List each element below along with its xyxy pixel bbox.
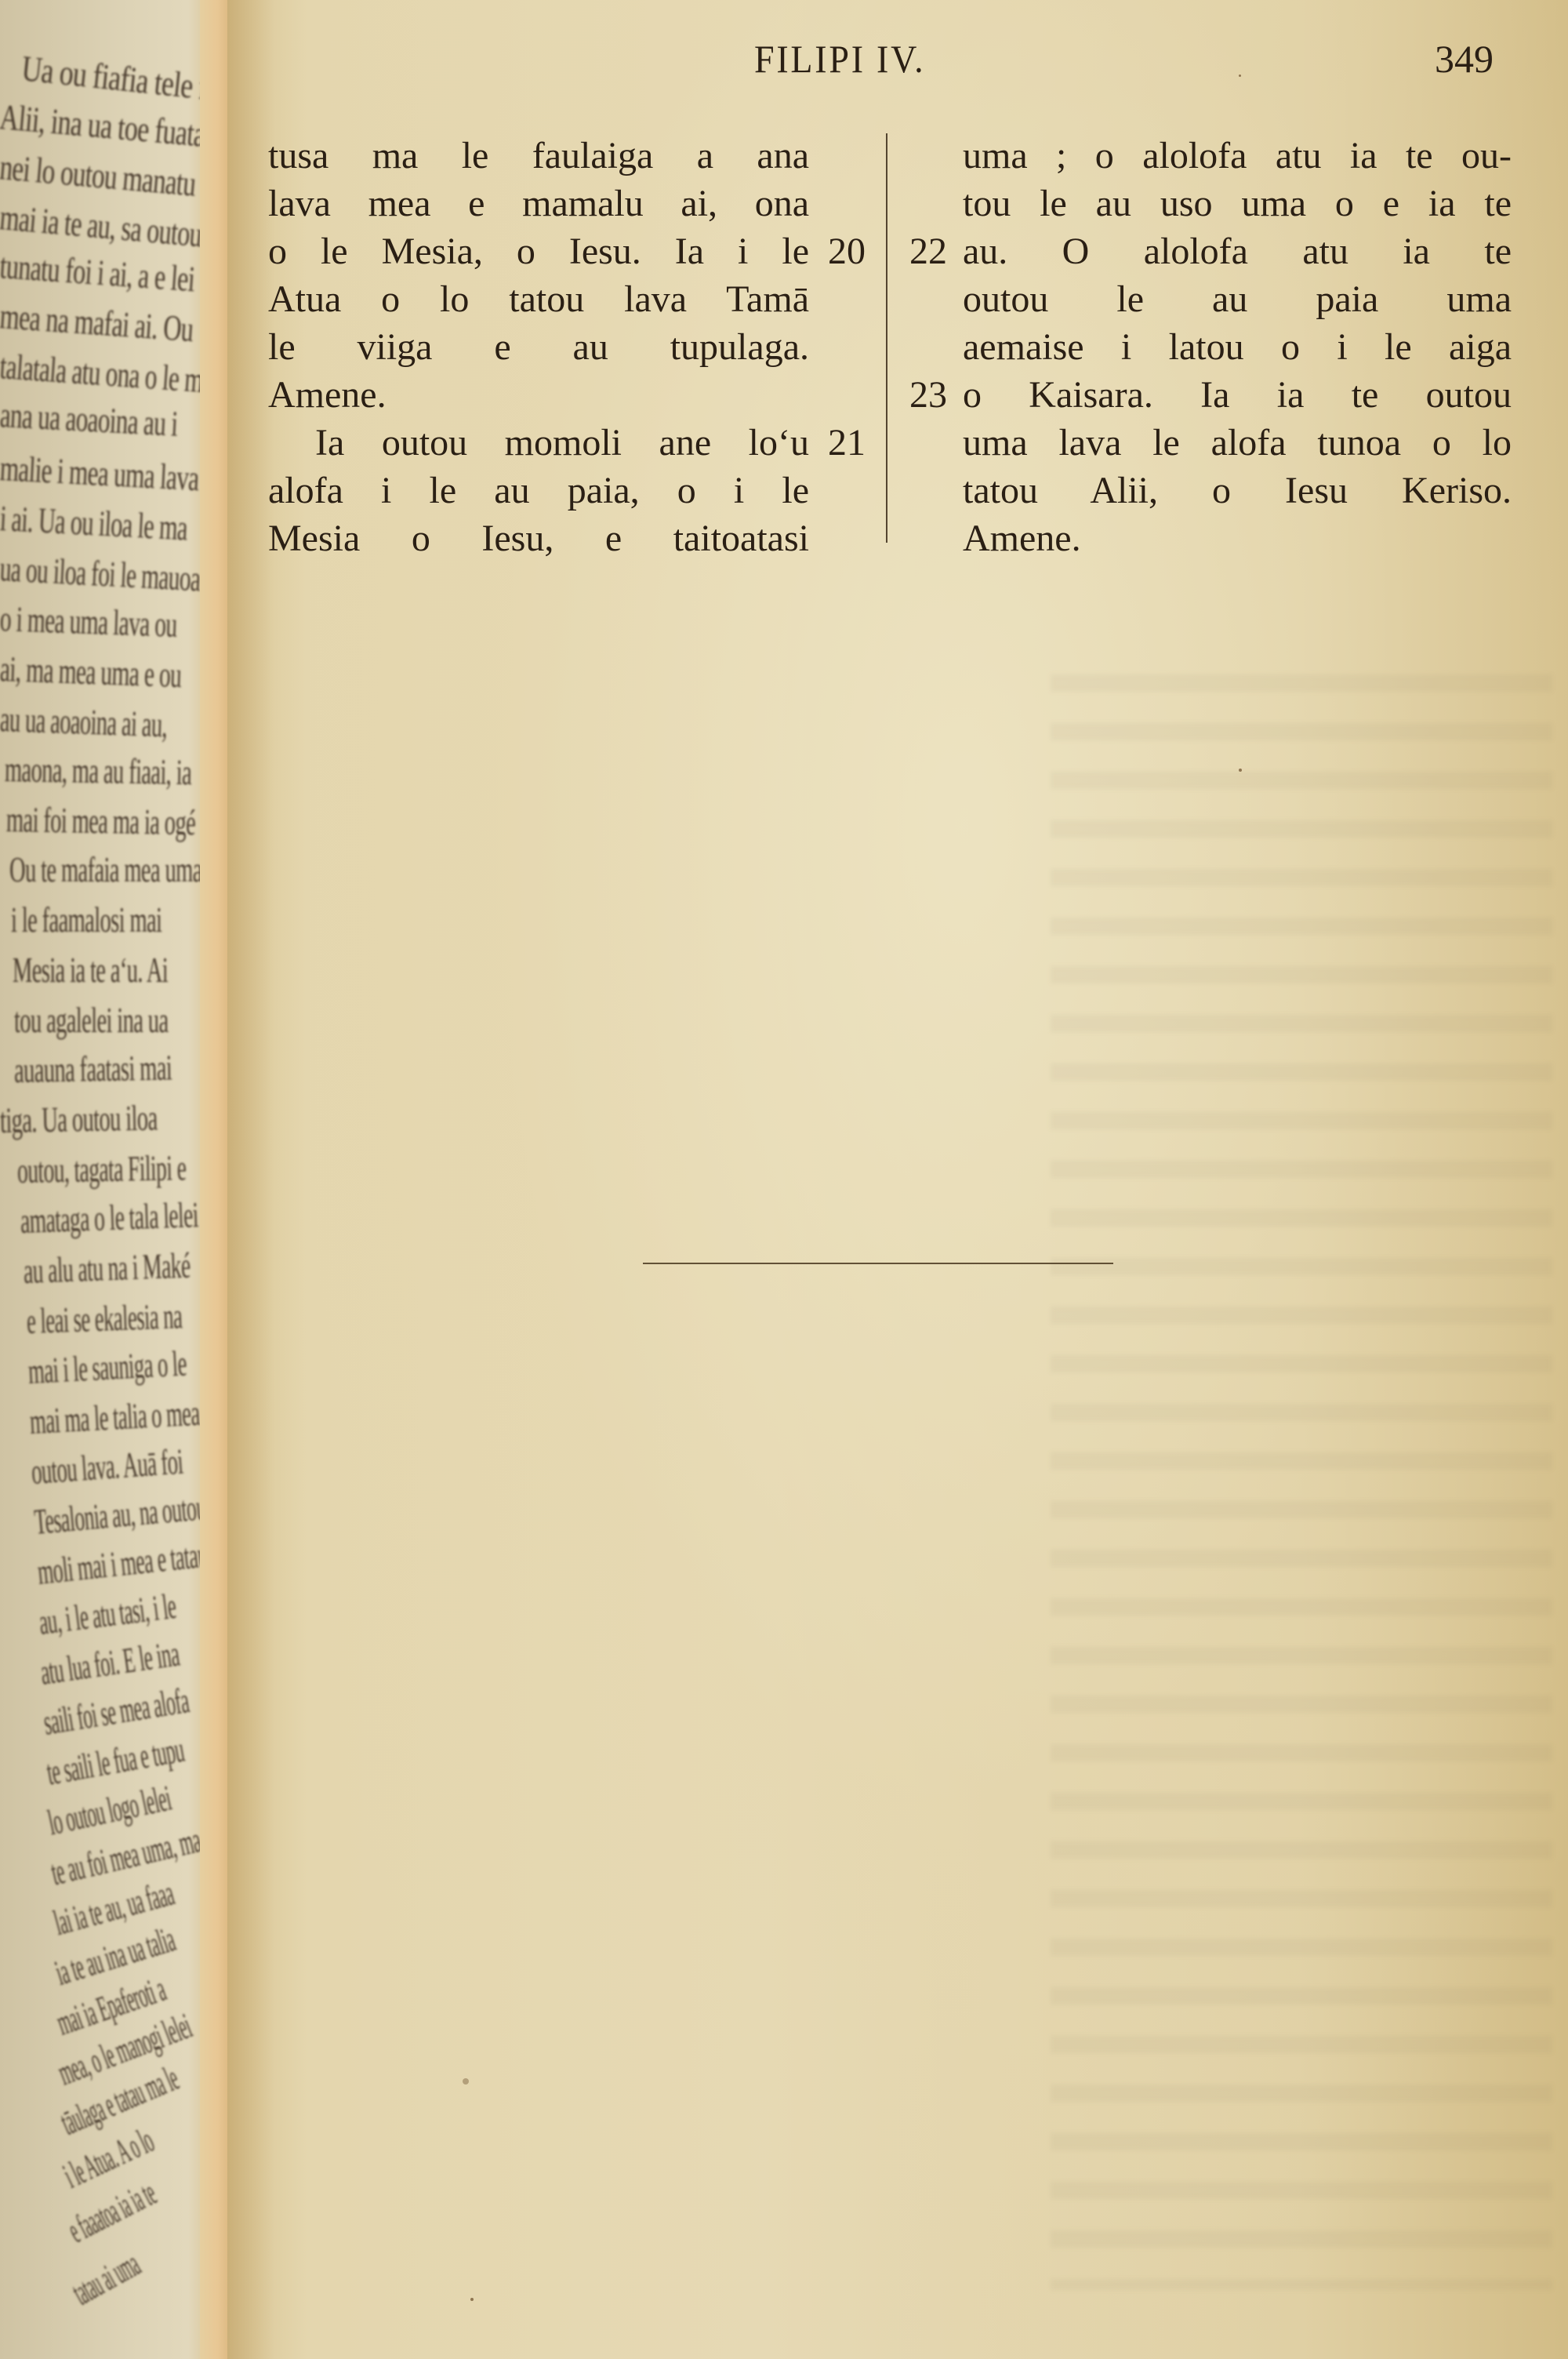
left-page-line: outou lava. Auā foi [30, 1441, 184, 1492]
left-page-fragment: Ua ou fiafia tele foi Alii, ina ua toe f… [0, 0, 235, 2359]
left-page-line: Ou te mafaia mea uma [9, 849, 202, 890]
left-page-line: outou, tagata Filipi e [17, 1147, 187, 1191]
left-page-line: tiga. Ua outou iloa [0, 1097, 158, 1141]
text-line: tou le au uso uma o e ia te [963, 180, 1512, 227]
right-page: FILIPI IV. 349 tusa ma le faulaiga a ana… [227, 0, 1568, 2359]
left-page-line: o i mea uma lava ou [0, 598, 178, 645]
paper-speck [1239, 769, 1242, 772]
text-line-content: o Kaisara. Ia ia te outou [963, 374, 1512, 416]
left-page-line: mai i le sauniga o le [27, 1342, 187, 1391]
verse-number: 22 [909, 227, 947, 275]
text-column-left: tusa ma le faulaiga a ana lava mea e mam… [268, 132, 848, 562]
text-line: Atua o lo tatou lava Tamā [268, 275, 809, 323]
text-line: aemaise i latou o i le aiga [963, 323, 1512, 371]
left-page-line: ai, ma mea uma e ou [0, 648, 182, 696]
left-page-line: tatau ai uma [65, 2243, 147, 2314]
end-of-book-rule [643, 1263, 1113, 1264]
bleed-through-texture [1051, 643, 1552, 2290]
left-page-line: nei lo outou manatu [0, 146, 198, 205]
text-line-content: Ia outou momoli ane lo‘u [315, 422, 809, 463]
left-page-line: mea na mafai ai. Ou [0, 295, 194, 350]
left-page-line: malie i mea uma lava [0, 447, 200, 499]
left-page-line: auauna faatasi mai [14, 1046, 172, 1091]
column-divider [886, 133, 887, 543]
left-page-line: moli mai i mea e tatau [35, 1533, 209, 1592]
text-line: alofa i le au paia, o i le [268, 467, 809, 514]
text-line: Mesia o Iesu, e taitoatasi [268, 514, 809, 562]
text-line: lava mea e mamalu ai, ona [268, 180, 809, 227]
left-page-line: au, i le atu tasi, i le [37, 1585, 178, 1643]
verse-number: 23 [909, 371, 947, 419]
left-page-line: mai ma le talia o mea [29, 1392, 201, 1442]
text-line: outou le au paia uma [963, 275, 1512, 323]
left-page-line: tunatu foi i ai, a e lei [0, 245, 196, 300]
text-line: Amene. [268, 371, 809, 419]
text-line: tatou Alii, o Iesu Keriso. [963, 467, 1512, 514]
left-page-line: au alu atu na i Maké [23, 1245, 191, 1292]
text-line: o le Mesia, o Iesu. Ia i le 20 [268, 227, 809, 275]
text-line: 22 au. O alolofa atu ia te [963, 227, 1512, 275]
left-page-line: Mesia ia te a‘u. Ai [13, 949, 168, 990]
verse-number: 21 [828, 419, 866, 467]
left-page-line: ua ou iloa foi le mauoa [0, 547, 201, 599]
left-page-line: maona, ma au fiaai, ia [5, 748, 192, 793]
left-page-line: i le faamalosi mai [11, 899, 162, 940]
left-page-line: e leai se ekalesia na [26, 1295, 183, 1342]
text-line-content: o le Mesia, o Iesu. Ia i le [268, 231, 809, 272]
text-line: 23 o Kaisara. Ia ia te outou [963, 371, 1512, 419]
text-line: Amene. [963, 514, 1512, 562]
text-line: uma lava le alofa tunoa o lo [963, 419, 1512, 467]
text-column-right: uma ; o alolofa atu ia te ou- tou le au … [909, 132, 1537, 562]
left-page-line: i ai. Ua ou iloa le ma [0, 497, 188, 548]
left-page-line: tou agalelei ina ua [14, 999, 168, 1041]
running-head: FILIPI IV. 349 [227, 36, 1568, 83]
left-page-line: talatala atu ona o le ma [0, 345, 215, 402]
verse-number: 20 [828, 227, 866, 275]
left-page-line: ana ua aoaoina au i [0, 394, 179, 445]
text-line: uma ; o alolofa atu ia te ou- [963, 132, 1512, 180]
running-title: FILIPI IV. [754, 36, 925, 82]
text-line: le viiga e au tupulaga. [268, 323, 809, 371]
paper-speck [470, 2298, 474, 2301]
text-line-content: au. O alolofa atu ia te [963, 231, 1512, 272]
left-page-line: amataga o le tala lelei [20, 1194, 199, 1241]
paper-speck [463, 2078, 469, 2085]
left-page-line: mai foi mea ma ia ogé [6, 798, 196, 843]
text-line: tusa ma le faulaiga a ana [268, 132, 809, 180]
text-line: Ia outou momoli ane lo‘u 21 [268, 419, 809, 467]
left-page-line: au ua aoaoina ai au, [0, 698, 168, 745]
page-number: 349 [1435, 36, 1494, 82]
left-page-line: Tesalonia au, na outou [33, 1486, 208, 1543]
